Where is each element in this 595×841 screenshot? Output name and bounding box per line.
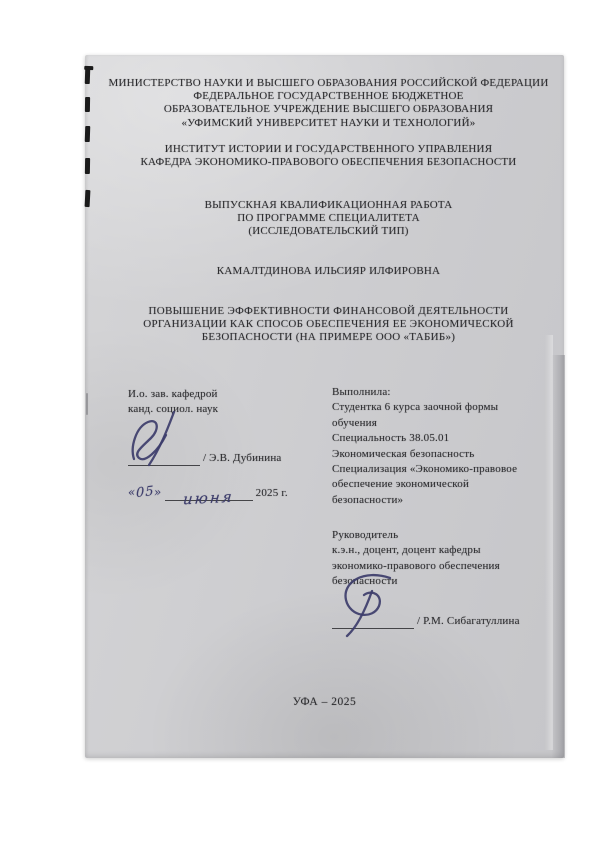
- date-day-handwritten: 05: [135, 484, 154, 502]
- performer-label: Выполнила:: [332, 385, 560, 400]
- binding-mark-faint: [86, 393, 88, 415]
- work-type-line: ВЫПУСКНАЯ КВАЛИФИКАЦИОННАЯ РАБОТА: [205, 199, 453, 212]
- institute-header: ИНСТИТУТ ИСТОРИИ И ГОСУДАРСТВЕННОГО УПРА…: [99, 143, 558, 169]
- city-year: УФА – 2025: [85, 696, 564, 708]
- page-background: МИНИСТЕРСТВО НАУКИ И ВЫСШЕГО ОБРАЗОВАНИЯ…: [0, 0, 595, 841]
- thesis-title-line: ПОВЫШЕНИЕ ЭФФЕКТИВНОСТИ ФИНАНСОВОЙ ДЕЯТЕ…: [149, 305, 509, 318]
- approver-degree-line: канд. социол. наук: [128, 402, 328, 417]
- department-line: КАФЕДРА ЭКОНОМИКО-ПРАВОВОГО ОБЕСПЕЧЕНИЯ …: [141, 156, 517, 169]
- binding-mark-icon: [85, 158, 90, 174]
- work-type-line: ПО ПРОГРАММЕ СПЕЦИАЛИТЕТА: [237, 212, 420, 225]
- ministry-line: ОБРАЗОВАТЕЛЬНОЕ УЧРЕЖДЕНИЕ ВЫСШЕГО ОБРАЗ…: [164, 103, 493, 116]
- thesis-title-line: ОРГАНИЗАЦИИ КАК СПОСОБ ОБЕСПЕЧЕНИЯ ЕЕ ЭК…: [143, 318, 514, 331]
- supervisor-line: безопасности: [332, 574, 560, 589]
- university-name: «УФИМСКИЙ УНИВЕРСИТЕТ НАУКИ И ТЕХНОЛОГИЙ…: [182, 117, 476, 130]
- performer-line: Экономическая безопасность: [332, 447, 560, 462]
- binding-mark-icon: [85, 97, 90, 112]
- approver-signature-row: / Э.В. Дубинина: [128, 451, 328, 467]
- date-month-handwritten: июня: [183, 490, 235, 508]
- author-name-text: КАМАЛТДИНОВА ИЛЬСИЯР ИЛФИРОВНА: [217, 265, 440, 278]
- supervisor-signature-row: / Р.М. Сибагатуллина: [332, 614, 560, 630]
- supervisor-label: Руководитель: [332, 528, 560, 543]
- date-month-line: июня: [165, 487, 253, 501]
- date-close-quote: »: [153, 485, 162, 501]
- supervisor-line: к.э.н., доцент, доцент кафедры: [332, 543, 560, 558]
- supervisor-name: / Р.М. Сибагатуллина: [417, 615, 520, 627]
- document-photo: МИНИСТЕРСТВО НАУКИ И ВЫСШЕГО ОБРАЗОВАНИЯ…: [85, 55, 564, 758]
- performer-line: Специальность 38.05.01: [332, 431, 560, 446]
- ministry-header: МИНИСТЕРСТВО НАУКИ И ВЫСШЕГО ОБРАЗОВАНИЯ…: [99, 77, 558, 130]
- ministry-line: МИНИСТЕРСТВО НАУКИ И ВЫСШЕГО ОБРАЗОВАНИЯ…: [109, 77, 549, 90]
- performer-line: обучения: [332, 416, 560, 431]
- work-type-line: (ИССЛЕДОВАТЕЛЬСКИЙ ТИП): [248, 225, 408, 238]
- work-type-block: ВЫПУСКНАЯ КВАЛИФИКАЦИОННАЯ РАБОТА ПО ПРО…: [99, 199, 558, 239]
- thesis-title: ПОВЫШЕНИЕ ЭФФЕКТИВНОСТИ ФИНАНСОВОЙ ДЕЯТЕ…: [99, 305, 558, 345]
- binding-mark-icon: [85, 126, 91, 142]
- institute-line: ИНСТИТУТ ИСТОРИИ И ГОСУДАРСТВЕННОГО УПРА…: [165, 143, 492, 156]
- supervisor-signature-line: [332, 615, 414, 629]
- supervisor-block: Руководитель к.э.н., доцент, доцент кафе…: [332, 528, 560, 630]
- supervisor-line: экономико-правового обеспечения: [332, 559, 560, 574]
- author-name: КАМАЛТДИНОВА ИЛЬСИЯР ИЛФИРОВНА: [99, 265, 558, 278]
- thesis-title-line: БЕЗОПАСНОСТИ (НА ПРИМЕРЕ ООО «ТАБИБ»): [202, 331, 456, 344]
- date-year: 2025 г.: [256, 487, 288, 499]
- binding-mark-icon: [85, 68, 91, 84]
- approver-signature-line: [128, 452, 200, 466]
- date-open-quote: «: [127, 485, 136, 501]
- performer-line: Специализация «Экономико-правовое: [332, 462, 560, 477]
- binding-mark-icon: [85, 190, 91, 207]
- approver-name: / Э.В. Дубинина: [203, 452, 282, 464]
- performer-block: Выполнила: Студентка 6 курса заочной фор…: [332, 385, 560, 508]
- approver-position-line: И.о. зав. кафедрой: [128, 387, 328, 402]
- performer-line: безопасности»: [332, 493, 560, 508]
- approval-date-row: «05»июня2025 г.: [128, 485, 328, 501]
- performer-line: Студентка 6 курса заочной формы: [332, 400, 560, 415]
- performer-line: обеспечение экономической: [332, 477, 560, 492]
- ministry-line: ФЕДЕРАЛЬНОЕ ГОСУДАРСТВЕННОЕ БЮДЖЕТНОЕ: [193, 90, 463, 103]
- approval-block: И.о. зав. кафедрой канд. социол. наук / …: [128, 387, 328, 501]
